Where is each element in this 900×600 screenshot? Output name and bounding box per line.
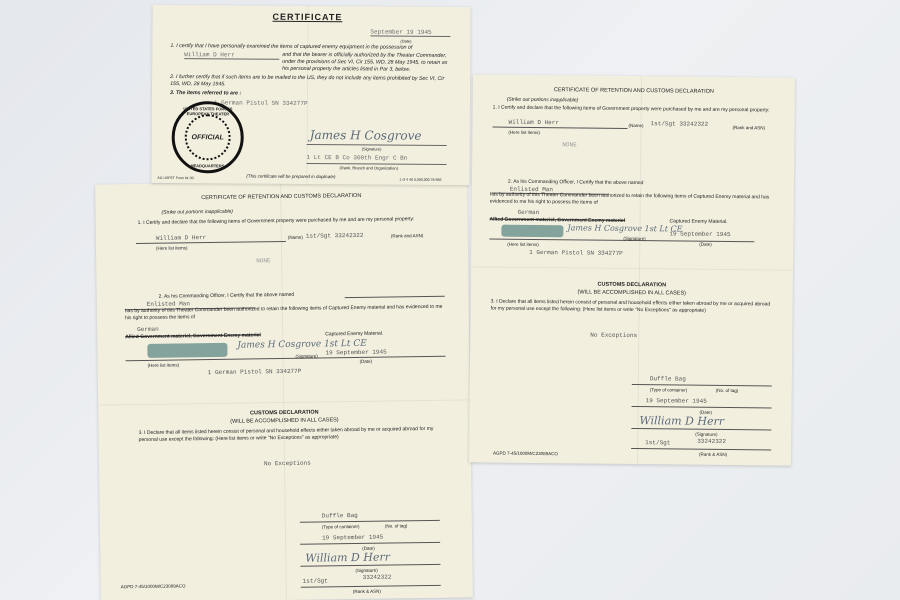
paragraph-3: 3. The items referred to are : bbox=[170, 90, 455, 99]
here-list-label: (Here list items) bbox=[508, 130, 540, 135]
print-code: AGPD 7-45/1000M/C23089ACO bbox=[493, 451, 558, 457]
customs-subtitle: (WILL BE ACCOMPLISHED IN ALL CASES) bbox=[471, 288, 793, 297]
nationality: German bbox=[518, 209, 540, 216]
doc-subtitle: (Strike out portions inapplicable) bbox=[507, 97, 579, 105]
name-label: (Name) bbox=[288, 235, 303, 240]
declarant-signature: William D Herr bbox=[305, 551, 390, 565]
signature-label: (Signature) bbox=[355, 568, 377, 573]
rank-asn-label: (Rank & ASN) bbox=[353, 589, 381, 594]
container-label: (Type of container) bbox=[650, 387, 688, 392]
signature-label: (Signature) bbox=[295, 354, 317, 359]
form-number: AG USFET Form Nr 30 bbox=[157, 176, 193, 180]
retention-date: 19 September 1945 bbox=[325, 349, 386, 357]
container-type: Duffle Bag bbox=[650, 375, 686, 382]
owner-name: William D Herr bbox=[156, 234, 207, 242]
no-exceptions: No Exceptions bbox=[590, 332, 637, 339]
items-list: 1 German Pistol SN 334277P bbox=[529, 249, 623, 257]
certificate-date: September 19 1945 bbox=[370, 28, 450, 37]
print-code: AGPD 7-45/1000M/C23089ACO bbox=[121, 583, 186, 589]
signature-label: (Signature) bbox=[623, 236, 645, 241]
date-label: (Date) bbox=[400, 39, 411, 44]
seal-bottom-text: HEADQUARTERS bbox=[174, 163, 240, 168]
date-label: (Date) bbox=[360, 359, 373, 364]
retention-certificate-right: CERTIFICATE OF RETENTION AND CUSTOMS DEC… bbox=[469, 74, 795, 465]
section-3-text: 3. I Declare that all items listed herei… bbox=[139, 426, 439, 444]
certificate-title: CERTIFICATE bbox=[273, 12, 343, 22]
rank-asn-label: (Rank and ASN) bbox=[391, 233, 424, 238]
officer-signature: James H Cosgrove bbox=[310, 128, 422, 143]
rank-asn: 1st/Sgt 33242322 bbox=[306, 232, 364, 240]
declarant-signature: William D Herr bbox=[639, 414, 724, 428]
captured-equipment-certificate: CERTIFICATE September 19 1945 (Date) 1. … bbox=[151, 5, 470, 185]
asn: 33242322 bbox=[697, 438, 726, 445]
teal-stamp bbox=[147, 343, 227, 358]
here-list-label: (Here list items) bbox=[507, 242, 539, 247]
retention-date: 19 September 1945 bbox=[669, 230, 730, 238]
section-3-text: 3. I Declare that all items listed herei… bbox=[491, 299, 776, 316]
officer-rank-organization: 1 Lt CE B Co 300th Engr C Bn bbox=[307, 154, 408, 162]
rank: 1st/Sgt bbox=[303, 577, 328, 584]
seal-official-text: OFFICIAL bbox=[175, 134, 241, 141]
container-type: Duffle Bag bbox=[322, 512, 358, 520]
items-none: NONE bbox=[256, 257, 271, 264]
here-list-label: (Here list items) bbox=[148, 362, 180, 367]
doc-title: CERTIFICATE OF RETENTION AND CUSTOMS DEC… bbox=[473, 86, 795, 95]
paragraph-2: 2. I further certify that if such items … bbox=[170, 74, 455, 90]
items-list: 1 German Pistol SN 334277P bbox=[208, 368, 302, 376]
declaration-date: 19 September 1945 bbox=[322, 534, 383, 542]
tag-label: (No. of tag) bbox=[716, 388, 739, 393]
captured-enemy-material: Captured Enemy Material. bbox=[325, 331, 383, 339]
rank-asn-label: (Rank & ASN) bbox=[699, 452, 727, 457]
paper-fold bbox=[471, 266, 793, 270]
section-2-continued: has by authority of this Theater Command… bbox=[490, 192, 780, 209]
section-1-text: 1. I Certify and declare that the follow… bbox=[138, 216, 438, 227]
rank-asn-label: (Rank and ASN) bbox=[732, 125, 765, 130]
print-code: 1 of 4 46 5,000,000 78-936 bbox=[399, 178, 441, 182]
signature-label: (Signature) bbox=[695, 432, 717, 437]
signature-label: (Signature) bbox=[362, 146, 382, 151]
here-list-label: (Here list items) bbox=[156, 245, 188, 250]
items-none: NONE bbox=[562, 141, 576, 148]
possessor-name: William D Herr bbox=[184, 51, 279, 60]
rank: 1st/Sgt bbox=[645, 439, 670, 446]
declaration-date: 19 September 1945 bbox=[646, 397, 707, 405]
doc-subtitle: (Strike out portions inapplicable) bbox=[161, 209, 233, 217]
teal-stamp bbox=[501, 225, 563, 238]
official-seal: UNITED STATES FORCES EUROPEAN THEATER OF… bbox=[171, 101, 244, 174]
name-label: (Name) bbox=[628, 123, 643, 128]
rank-asn: 1st/Sgt 33242322 bbox=[650, 120, 708, 128]
section-1-text: 1. I Certify and declare that the follow… bbox=[493, 105, 778, 115]
paragraph-1-continued: and that the bearer is officially author… bbox=[282, 52, 452, 74]
paper-fold bbox=[280, 182, 287, 600]
tag-label: (No. of tag) bbox=[385, 523, 408, 528]
no-exceptions: No Exceptions bbox=[264, 460, 311, 468]
officer-signature: James H Cosgrove 1st Lt CE bbox=[567, 223, 682, 233]
section-2-text: 2. As his Commanding Officer, I Certify … bbox=[159, 292, 295, 301]
container-label: (Type of container) bbox=[322, 524, 360, 530]
date-label: (Date) bbox=[699, 242, 712, 247]
nationality: German bbox=[137, 326, 159, 333]
asn: 33242322 bbox=[363, 574, 392, 581]
retention-certificate-left: CERTIFICATE OF RETENTION AND CUSTOMS DEC… bbox=[95, 179, 473, 600]
rank-branch-org-label: (Rank, Branch and Organization) bbox=[339, 165, 398, 170]
duplicate-note: (This certificate will be prepared in du… bbox=[246, 174, 335, 180]
owner-name: William D Herr bbox=[509, 119, 559, 127]
